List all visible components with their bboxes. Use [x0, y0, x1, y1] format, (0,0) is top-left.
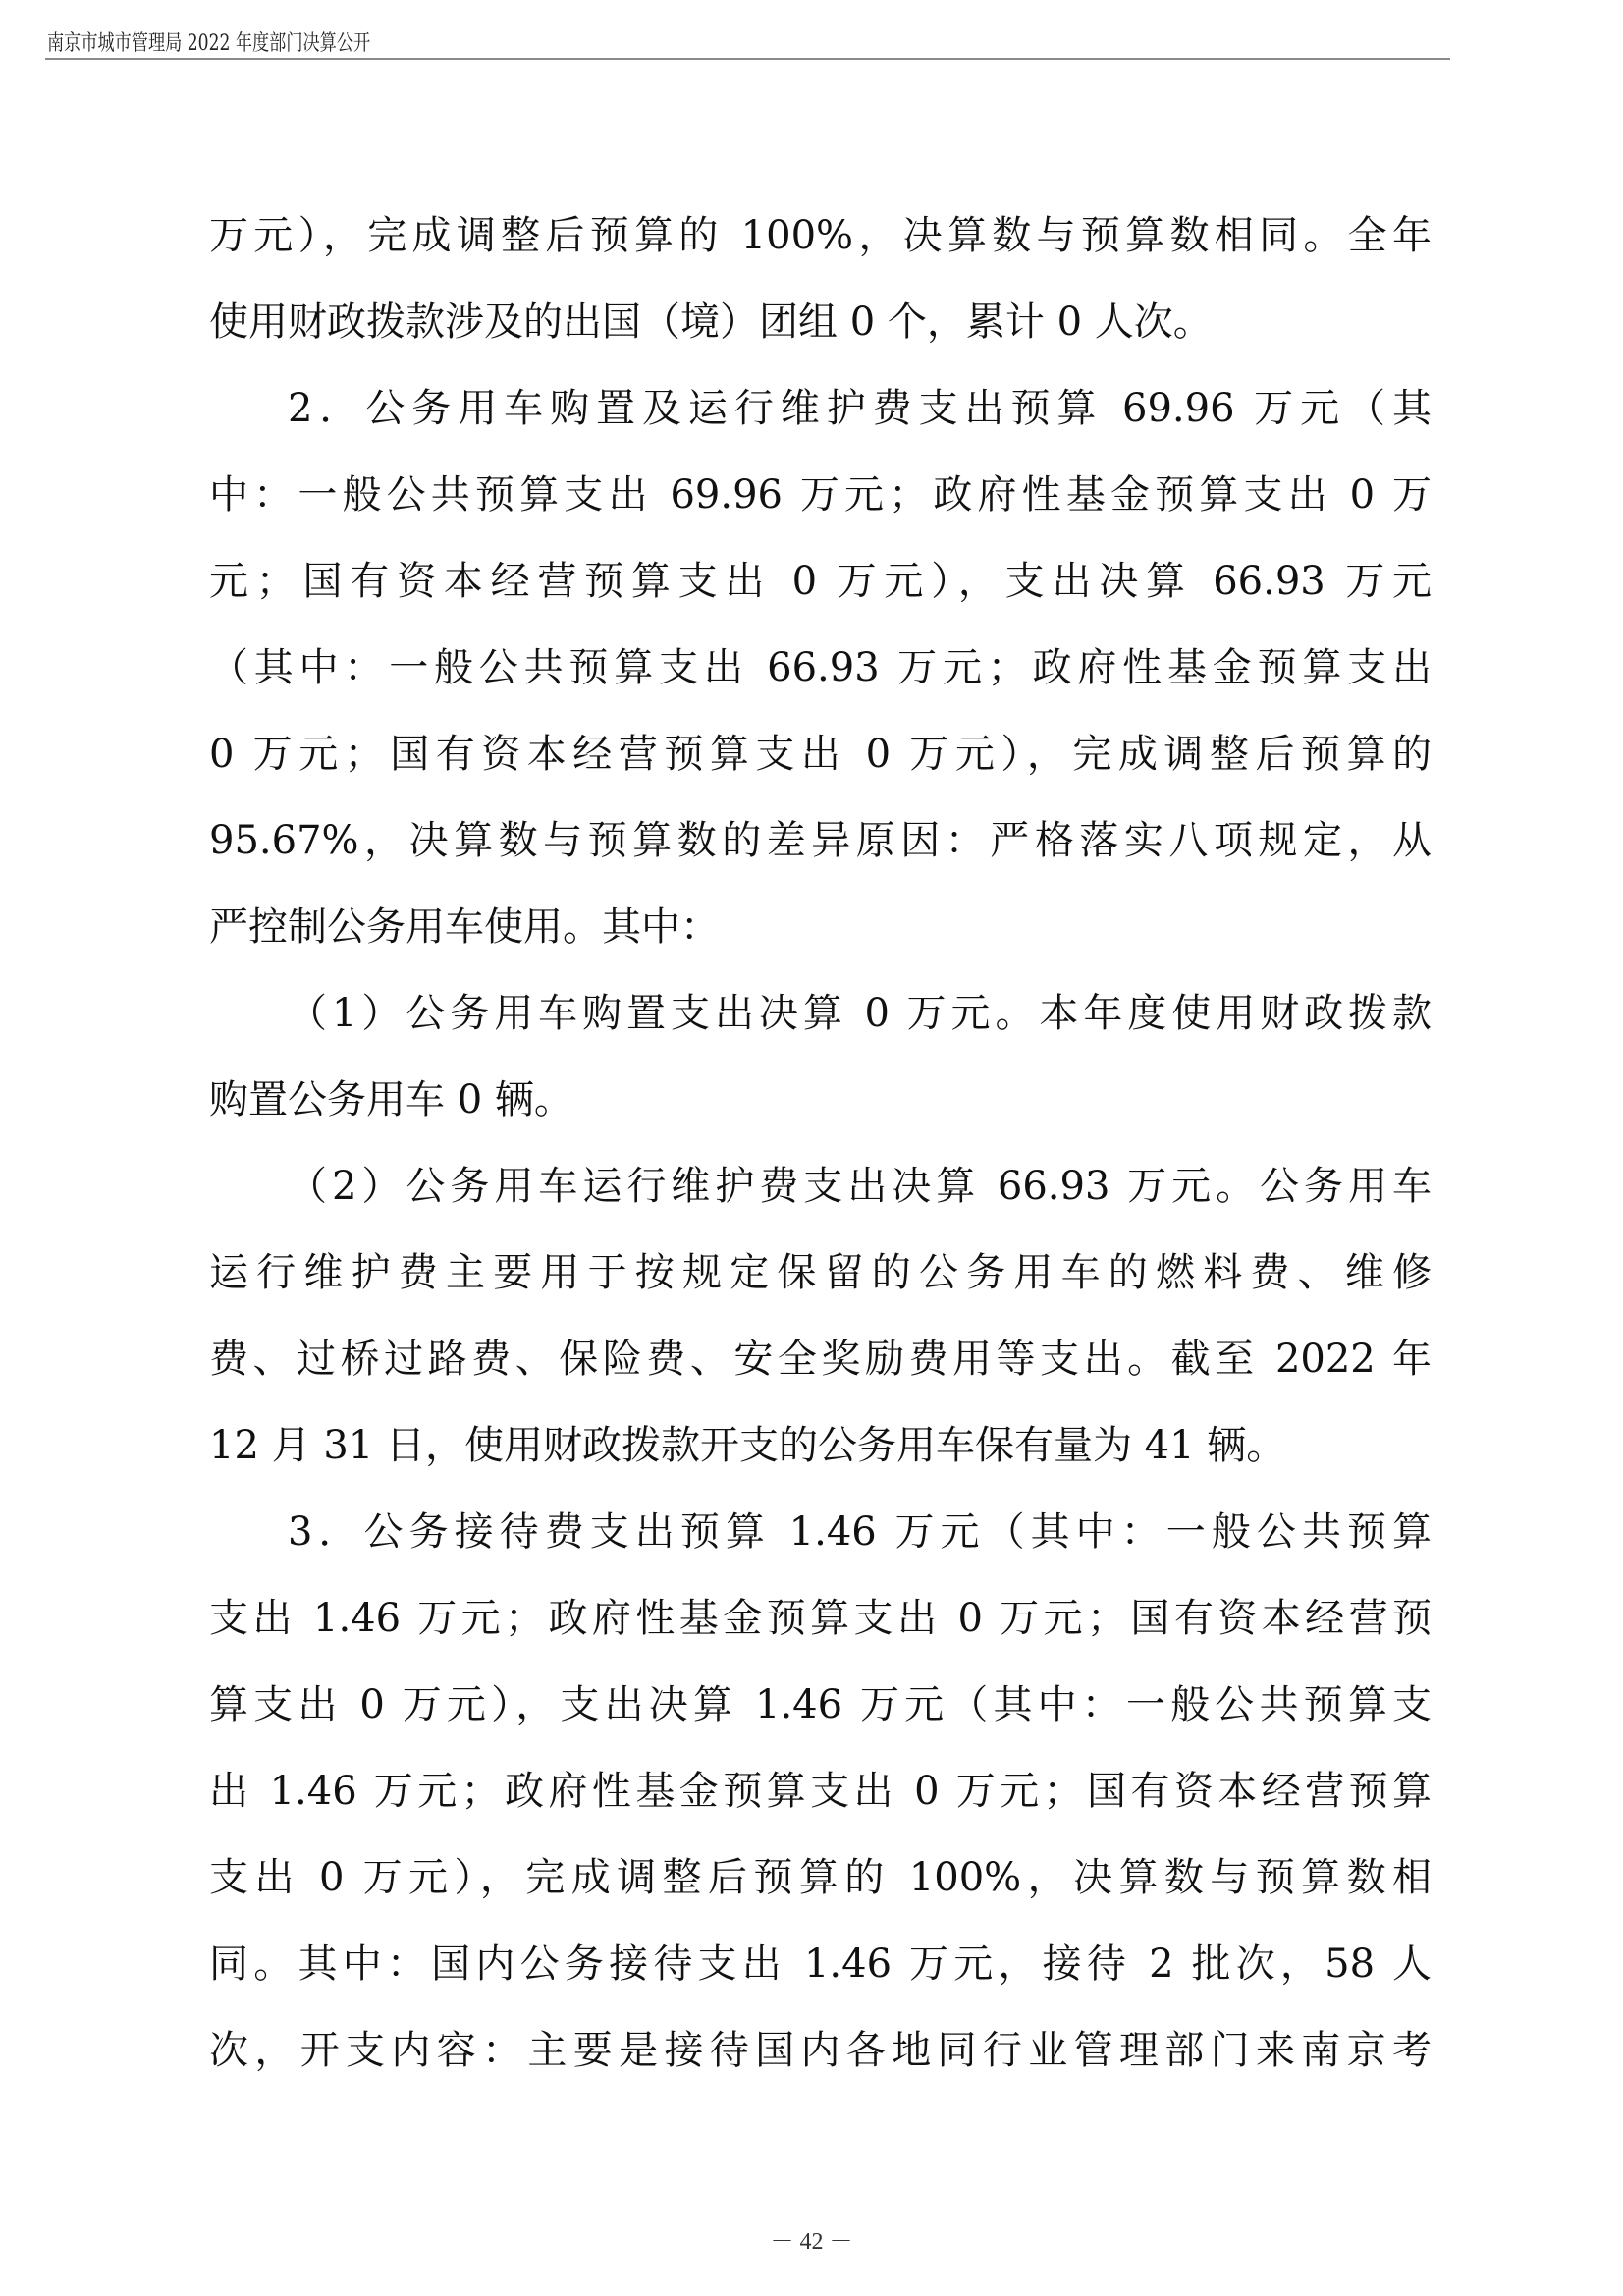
page-number: － 42 －	[0, 2221, 1623, 2256]
text-line: （1）公务用车购置支出决算 0 万元。本年度使用财政拨款	[209, 970, 1432, 1057]
text-line: 中：一般公共预算支出 69.96 万元；政府性基金预算支出 0 万	[209, 452, 1432, 538]
text-line: 费、过桥过路费、保险费、安全奖励费用等支出。截至 2022 年	[209, 1316, 1432, 1402]
body-text: 万元），完成调整后预算的 100%，决算数与预算数相同。全年 使用财政拨款涉及的…	[209, 192, 1432, 2094]
text-line: 购置公务用车 0 辆。	[209, 1057, 1432, 1143]
text-line: 3．公务接待费支出预算 1.46 万元（其中：一般公共预算	[209, 1489, 1432, 1575]
text-line: （2）公务用车运行维护费支出决算 66.93 万元。公务用车	[209, 1143, 1432, 1230]
header-divider	[45, 58, 1450, 60]
text-line: 0 万元；国有资本经营预算支出 0 万元），完成调整后预算的	[209, 711, 1432, 797]
text-line: 使用财政拨款涉及的出国（境）团组 0 个，累计 0 人次。	[209, 279, 1432, 365]
text-line: 算支出 0 万元），支出决算 1.46 万元（其中：一般公共预算支	[209, 1662, 1432, 1748]
document-page: 南京市城市管理局 2022 年度部门决算公开 万元），完成调整后预算的 100%…	[0, 0, 1623, 2296]
running-header-title: 南京市城市管理局 2022 年度部门决算公开	[47, 27, 370, 57]
text-line: 支出 1.46 万元；政府性基金预算支出 0 万元；国有资本经营预	[209, 1575, 1432, 1662]
text-line: （其中：一般公共预算支出 66.93 万元；政府性基金预算支出	[209, 625, 1432, 711]
text-line: 严控制公务用车使用。其中：	[209, 884, 1432, 970]
text-line: 运行维护费主要用于按规定保留的公务用车的燃料费、维修	[209, 1230, 1432, 1316]
text-line: 支出 0 万元），完成调整后预算的 100%，决算数与预算数相	[209, 1834, 1432, 1921]
text-line: 次，开支内容：主要是接待国内各地同行业管理部门来南京考	[209, 2007, 1432, 2094]
text-line: 95.67%，决算数与预算数的差异原因：严格落实八项规定，从	[209, 797, 1432, 884]
text-line: 万元），完成调整后预算的 100%，决算数与预算数相同。全年	[209, 192, 1432, 279]
text-line: 12 月 31 日，使用财政拨款开支的公务用车保有量为 41 辆。	[209, 1402, 1432, 1489]
text-line: 出 1.46 万元；政府性基金预算支出 0 万元；国有资本经营预算	[209, 1748, 1432, 1834]
text-line: 同。其中：国内公务接待支出 1.46 万元，接待 2 批次，58 人	[209, 1921, 1432, 2007]
text-line: 2．公务用车购置及运行维护费支出预算 69.96 万元（其	[209, 365, 1432, 452]
text-line: 元；国有资本经营预算支出 0 万元），支出决算 66.93 万元	[209, 538, 1432, 625]
